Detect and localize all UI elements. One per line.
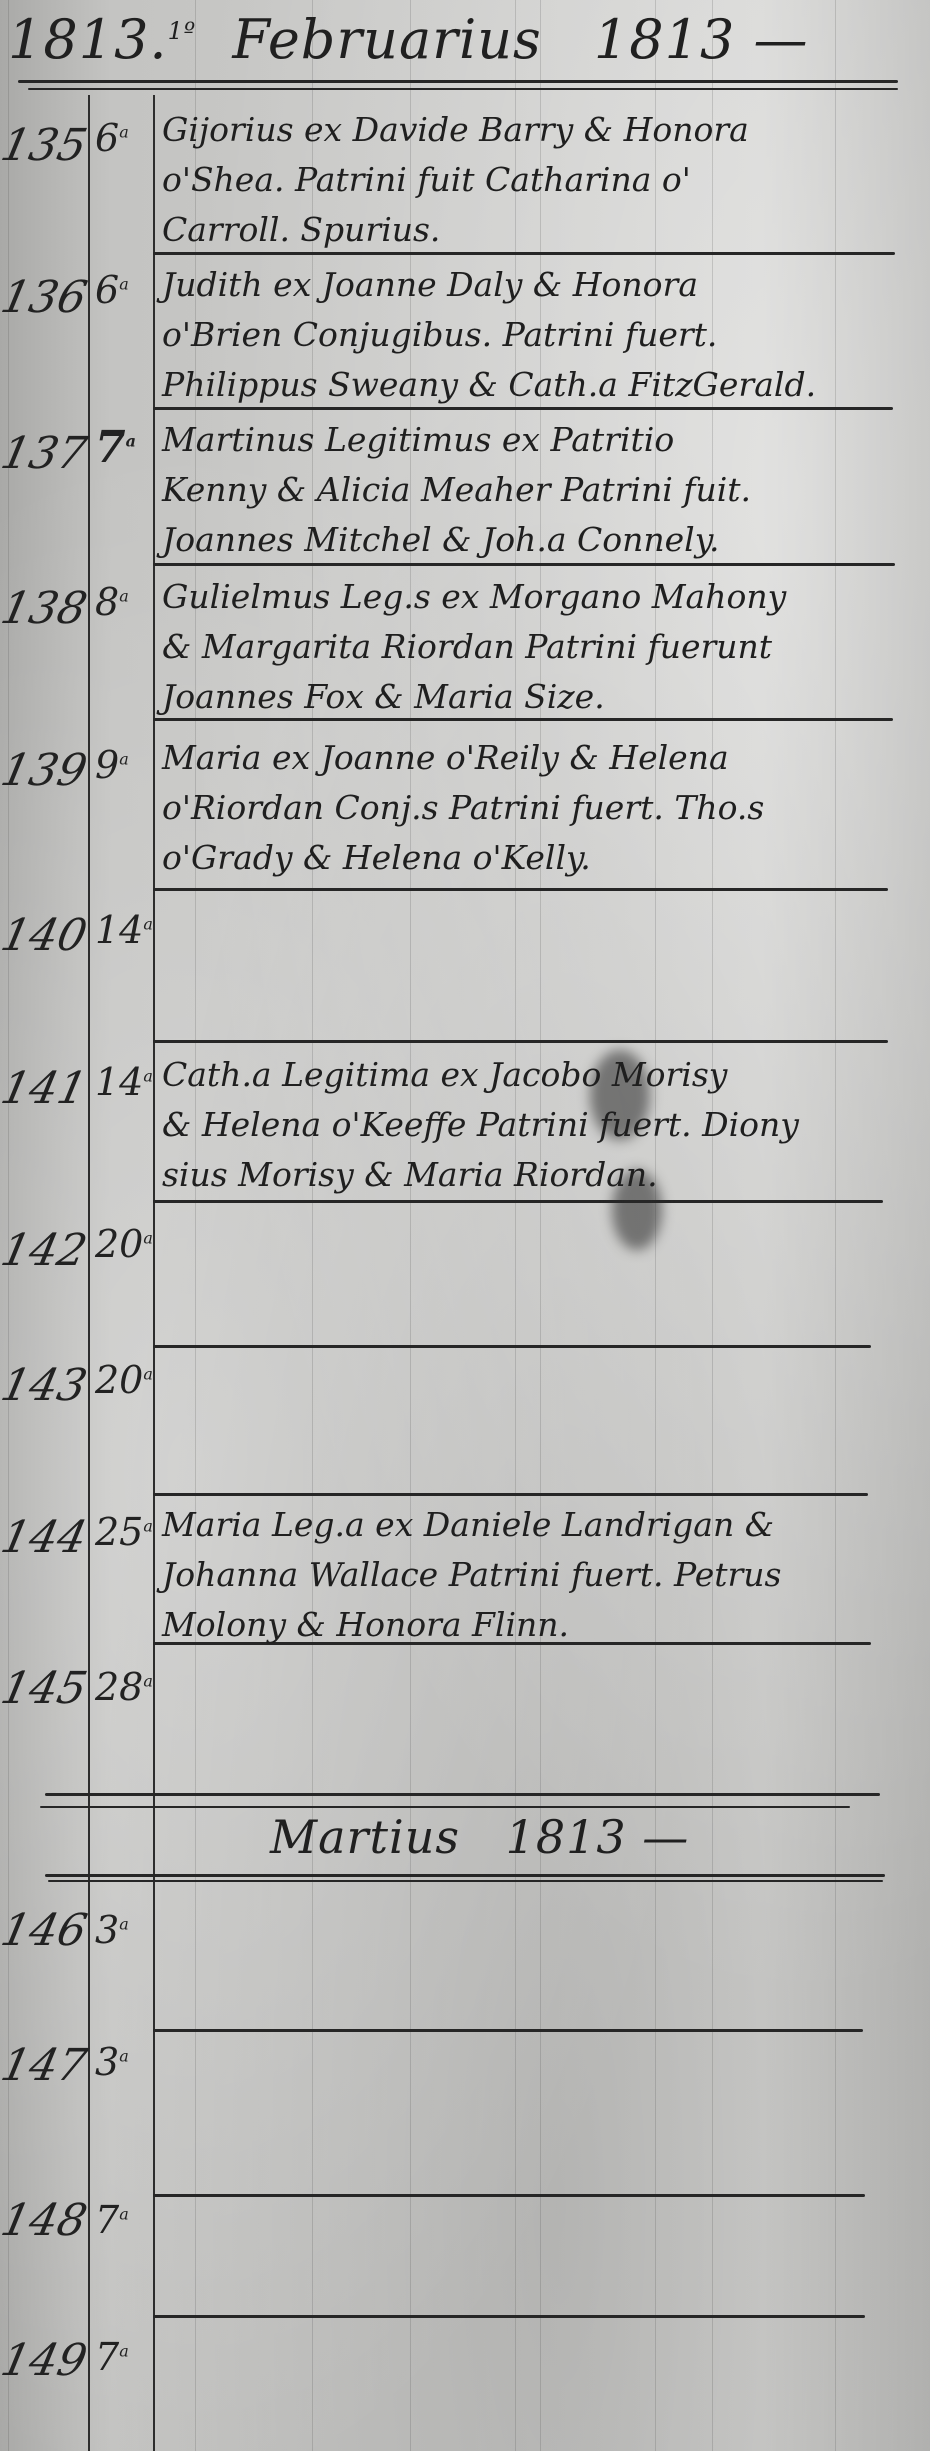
day-value: 20 xyxy=(95,1222,143,1266)
entry-number: 149 xyxy=(0,2335,91,2386)
entry-line: Maria Leg.a ex Daniele Landrigan & xyxy=(162,1500,902,1550)
entry-number: 136 xyxy=(0,272,91,323)
entry-number: 148 xyxy=(0,2195,91,2246)
day-value: 7 xyxy=(95,422,126,473)
day-value: 14 xyxy=(95,908,143,952)
entry-line: Gulielmus Leg.s ex Morgano Mahony xyxy=(162,572,902,622)
march-year: 1813 — xyxy=(506,1810,690,1864)
entry-number: 139 xyxy=(0,745,91,796)
day-suffix: a xyxy=(119,749,129,768)
entry-text: Judith ex Joanne Daly & Honora o'Brien C… xyxy=(162,260,902,410)
entry-line: Gijorius ex Davide Barry & Honora xyxy=(162,105,902,155)
entry-day: 20a xyxy=(95,1222,155,1266)
entry-day: 25a xyxy=(95,1510,155,1554)
entry-number: 140 xyxy=(0,910,91,961)
entry-line: sius Morisy & Maria Riordan. xyxy=(162,1150,902,1200)
entry-number: 135 xyxy=(0,120,91,171)
day-suffix: a xyxy=(119,2046,129,2065)
entry-day: 20a xyxy=(95,1358,155,1402)
entry-number: 143 xyxy=(0,1360,91,1411)
day-suffix: a xyxy=(119,2341,129,2360)
day-value: 25 xyxy=(95,1510,143,1554)
entry-line: & Margarita Riordan Patrini fuerunt xyxy=(162,622,902,672)
entry-number: 145 xyxy=(0,1663,91,1714)
entry-separator xyxy=(153,2315,865,2318)
march-month: Martius xyxy=(270,1810,460,1864)
number-column-rule xyxy=(88,95,90,2451)
entry-line: Joannes Fox & Maria Size. xyxy=(162,672,902,722)
day-suffix: a xyxy=(119,1914,129,1933)
day-value: 6 xyxy=(95,116,119,160)
day-value: 8 xyxy=(95,580,119,624)
entry-line: Johanna Wallace Patrini fuert. Petrus xyxy=(162,1550,902,1600)
register-page: 1813.1º Februarius 1813 — Martius 1813 —… xyxy=(0,0,930,2451)
entry-day: 7a xyxy=(95,2198,155,2242)
entry-day: 6a xyxy=(95,116,155,160)
day-suffix: a xyxy=(143,1364,153,1383)
entry-day: 14a xyxy=(95,908,155,952)
day-suffix: a xyxy=(143,914,153,933)
header-year: 1813 — xyxy=(594,8,809,71)
entry-number: 147 xyxy=(0,2040,91,2091)
day-value: 6 xyxy=(95,268,119,312)
day-value: 9 xyxy=(95,743,119,787)
entry-number: 144 xyxy=(0,1512,91,1563)
entry-day: 6a xyxy=(95,268,155,312)
entry-separator xyxy=(153,1040,888,1043)
day-suffix: a xyxy=(119,274,129,293)
day-suffix: a xyxy=(143,1671,153,1690)
march-header-rule xyxy=(45,1793,880,1796)
day-suffix: a xyxy=(119,586,129,605)
entry-text: Cath.a Legitima ex Jacobo Morisy & Helen… xyxy=(162,1050,902,1200)
day-suffix: a xyxy=(126,431,136,450)
entry-line: Molony & Honora Flinn. xyxy=(162,1600,902,1650)
entry-text: Maria Leg.a ex Daniele Landrigan & Johan… xyxy=(162,1500,902,1650)
entry-line: Kenny & Alicia Meaher Patrini fuit. xyxy=(162,465,902,515)
entry-separator xyxy=(153,1493,868,1496)
march-header: Martius 1813 — xyxy=(270,1810,689,1864)
entry-number: 137 xyxy=(0,428,91,479)
header-year-prefix: 1813. xyxy=(8,8,168,71)
entry-text: Gulielmus Leg.s ex Morgano Mahony & Marg… xyxy=(162,572,902,722)
day-suffix: a xyxy=(119,2204,129,2223)
day-value: 3 xyxy=(95,2040,119,2084)
entry-line: Cath.a Legitima ex Jacobo Morisy xyxy=(162,1050,902,1100)
day-value: 7 xyxy=(95,2335,119,2379)
march-header-rule xyxy=(48,1880,883,1882)
entry-separator xyxy=(153,2194,865,2197)
entry-number: 138 xyxy=(0,583,91,634)
day-value: 20 xyxy=(95,1358,143,1402)
entry-line: Martinus Legitimus ex Patritio xyxy=(162,415,902,465)
entry-number: 142 xyxy=(0,1225,91,1276)
march-header-rule xyxy=(40,1806,850,1808)
entry-line: o'Shea. Patrini fuit Catharina o' xyxy=(162,155,902,205)
entry-line: Joannes Mitchel & Joh.a Connely. xyxy=(162,515,902,565)
entry-day: 8a xyxy=(95,580,155,624)
header-sup: 1º xyxy=(168,17,197,45)
page-header: 1813.1º Februarius 1813 — xyxy=(8,8,809,71)
day-value: 3 xyxy=(95,1908,119,1952)
day-suffix: a xyxy=(143,1066,153,1085)
entry-number: 141 xyxy=(0,1063,91,1114)
entry-line: & Helena o'Keeffe Patrini fuert. Diony xyxy=(162,1100,902,1150)
entry-day: 3a xyxy=(95,2040,155,2084)
entry-line: o'Riordan Conj.s Patrini fuert. Tho.s xyxy=(162,783,902,833)
entry-text: Martinus Legitimus ex Patritio Kenny & A… xyxy=(162,415,902,565)
entry-separator xyxy=(153,1345,871,1348)
entry-line: o'Grady & Helena o'Kelly. xyxy=(162,833,902,883)
entry-day: 3a xyxy=(95,1908,155,1952)
entry-text: Maria ex Joanne o'Reily & Helena o'Riord… xyxy=(162,733,902,883)
day-value: 28 xyxy=(95,1665,143,1709)
entry-line: o'Brien Conjugibus. Patrini fuert. xyxy=(162,310,902,360)
entry-day: 14a xyxy=(95,1060,155,1104)
entry-day: 7a xyxy=(95,422,155,473)
header-rule xyxy=(28,88,898,90)
day-value: 7 xyxy=(95,2198,119,2242)
day-suffix: a xyxy=(143,1516,153,1535)
march-header-rule xyxy=(45,1874,885,1877)
entry-day: 28a xyxy=(95,1665,155,1709)
entry-line: Maria ex Joanne o'Reily & Helena xyxy=(162,733,902,783)
entry-line: Judith ex Joanne Daly & Honora xyxy=(162,260,902,310)
day-suffix: a xyxy=(143,1228,153,1247)
entry-day: 7a xyxy=(95,2335,155,2379)
entry-line: Carroll. Spurius. xyxy=(162,205,902,255)
entry-text: Gijorius ex Davide Barry & Honora o'Shea… xyxy=(162,105,902,255)
day-value: 14 xyxy=(95,1060,143,1104)
entry-separator xyxy=(153,2029,863,2032)
entry-line: Philippus Sweany & Cath.a FitzGerald. xyxy=(162,360,902,410)
entry-day: 9a xyxy=(95,743,155,787)
day-suffix: a xyxy=(119,122,129,141)
entry-separator xyxy=(153,888,888,891)
entry-separator xyxy=(153,1200,883,1203)
entry-number: 146 xyxy=(0,1905,91,1956)
header-rule xyxy=(18,80,898,83)
header-month: Februarius xyxy=(232,8,541,71)
